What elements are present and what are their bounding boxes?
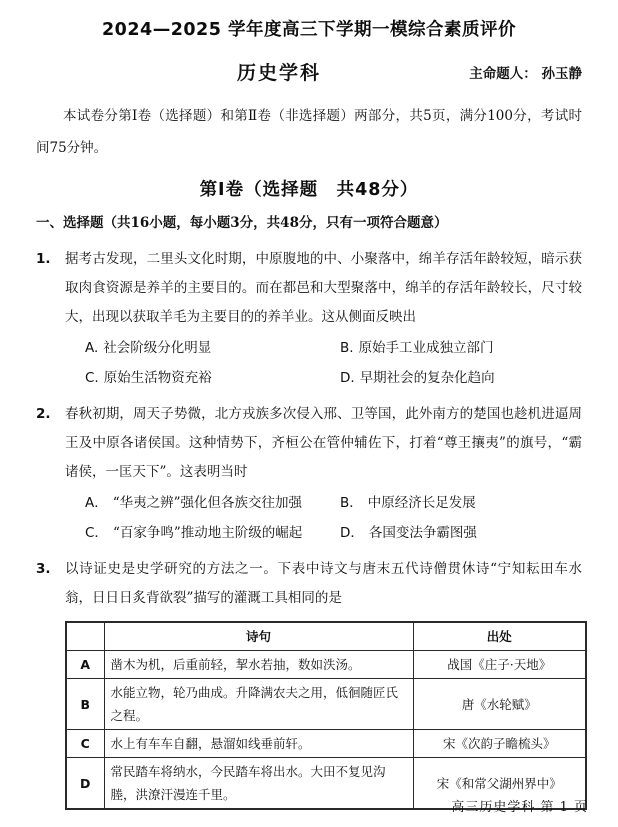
option-2a-text: “华夷之辨”强化但各族交往加强 xyxy=(113,495,302,511)
row-b-key: B xyxy=(66,679,104,730)
question-2: 2. 春秋初期，周天子势微，北方戎族多次侵入邢、卫等国，此外南方的楚国也趁机进逼… xyxy=(36,400,582,548)
row-b-poem: 水能立物，轮乃曲成。升降满农夫之用，低徊随匠氏之程。 xyxy=(104,679,413,730)
option-1d: D.早期社会的复杂化趋向 xyxy=(340,364,582,393)
row-c-key: C xyxy=(66,730,104,758)
question-2-text: 春秋初期，周天子势微，北方戎族多次侵入邢、卫等国，此外南方的楚国也趁机进逼周王及… xyxy=(65,406,582,480)
row-c-poem: 水上有车车自翻，悬溜如线垂前轩。 xyxy=(104,730,413,758)
page-footer: 高三历史学科 第 1 页 xyxy=(451,796,588,815)
exam-intro: 本试卷分第Ⅰ卷（选择题）和第Ⅱ卷（非选择题）两部分，共5页，满分100分，考试时… xyxy=(36,100,582,164)
option-1c-label: C. xyxy=(85,370,99,386)
subject-row: 历史学科 主命题人： 孙玉静 xyxy=(36,58,582,84)
option-1a-label: A. xyxy=(85,340,98,356)
option-1b-text: 原始手工业成独立部门 xyxy=(359,340,494,356)
row-d-poem: 常民踏车将纳水，今民踏车将出水。大田不复见沟塍，洪潦汗漫连千里。 xyxy=(104,758,413,810)
question-1-number: 1. xyxy=(36,245,51,274)
option-1a-text: 社会阶级分化明显 xyxy=(103,340,211,356)
row-b-source: 唐《水轮赋》 xyxy=(413,679,586,730)
option-2a: A．“华夷之辨”强化但各族交往加强 xyxy=(85,489,340,518)
option-1d-label: D. xyxy=(340,370,355,386)
option-1a: A.社会阶级分化明显 xyxy=(85,334,340,363)
option-1b: B.原始手工业成独立部门 xyxy=(340,334,582,363)
row-a-poem: 凿木为机，后重前轻，挈水若抽，数如泆汤。 xyxy=(104,651,413,679)
option-2d-text: 各国变法争霸图强 xyxy=(369,525,477,541)
exam-page: 2024—2025 学年度高三下学期一模综合素质评价 历史学科 主命题人： 孙玉… xyxy=(0,0,618,827)
poem-source-table: 诗句 出处 A 凿木为机，后重前轻，挈水若抽，数如泆汤。 战国《庄子·天地》 B… xyxy=(65,621,587,810)
table-header-row: 诗句 出处 xyxy=(66,622,586,651)
question-2-options: A．“华夷之辨”强化但各族交往加强 B．中原经济长足发展 C．“百家争鸣”推动地… xyxy=(85,489,582,548)
question-1-options: A.社会阶级分化明显 B.原始手工业成独立部门 C.原始生活物资充裕 D.早期社… xyxy=(85,334,582,393)
option-1b-label: B. xyxy=(340,340,354,356)
question-1-text: 据考古发现，二里头文化时期，中原腹地的中、小聚落中，绵羊存活年龄较短，暗示获取肉… xyxy=(65,251,582,325)
header-key-cell xyxy=(66,622,104,651)
option-1c: C.原始生活物资充裕 xyxy=(85,364,340,393)
row-d-key: D xyxy=(66,758,104,810)
proposer-name: 主命题人： 孙玉静 xyxy=(469,62,582,82)
option-2c-label: C． xyxy=(85,525,108,541)
option-1c-text: 原始生活物资充裕 xyxy=(104,370,212,386)
table-row: A 凿木为机，后重前轻，挈水若抽，数如泆汤。 战国《庄子·天地》 xyxy=(66,651,586,679)
row-c-source: 宋《次韵子瞻梳头》 xyxy=(413,730,586,758)
question-2-number: 2. xyxy=(36,400,51,429)
row-a-source: 战国《庄子·天地》 xyxy=(413,651,586,679)
option-2b-label: B． xyxy=(340,495,363,511)
section-title: 第Ⅰ卷（选择题 共48分） xyxy=(36,176,582,201)
option-2d-label: D． xyxy=(340,525,364,541)
option-2b: B．中原经济长足发展 xyxy=(340,489,582,518)
header-poem-cell: 诗句 xyxy=(104,622,413,651)
option-2c: C．“百家争鸣”推动地主阶级的崛起 xyxy=(85,519,340,548)
question-3-text: 以诗证史是史学研究的方法之一。下表中诗文与唐末五代诗僧贯休诗“宁知耘田车水翁，日… xyxy=(65,561,582,606)
option-2d: D．各国变法争霸图强 xyxy=(340,519,582,548)
question-3: 3. 以诗证史是史学研究的方法之一。下表中诗文与唐末五代诗僧贯休诗“宁知耘田车水… xyxy=(36,555,582,613)
option-2a-label: A． xyxy=(85,495,108,511)
table-row: C 水上有车车自翻，悬溜如线垂前轩。 宋《次韵子瞻梳头》 xyxy=(66,730,586,758)
option-2c-text: “百家争鸣”推动地主阶级的崛起 xyxy=(113,525,302,541)
exam-title: 2024—2025 学年度高三下学期一模综合素质评价 xyxy=(36,16,582,41)
table-row: B 水能立物，轮乃曲成。升降满农夫之用，低徊随匠氏之程。 唐《水轮赋》 xyxy=(66,679,586,730)
header-source-cell: 出处 xyxy=(413,622,586,651)
option-1d-text: 早期社会的复杂化趋向 xyxy=(360,370,495,386)
question-3-number: 3. xyxy=(36,555,51,584)
section-directions: 一、选择题（共16小题，每小题3分，共48分，只有一项符合题意） xyxy=(36,209,582,238)
row-a-key: A xyxy=(66,651,104,679)
option-2b-text: 中原经济长足发展 xyxy=(368,495,476,511)
question-1: 1. 据考古发现，二里头文化时期，中原腹地的中、小聚落中，绵羊存活年龄较短，暗示… xyxy=(36,245,582,393)
